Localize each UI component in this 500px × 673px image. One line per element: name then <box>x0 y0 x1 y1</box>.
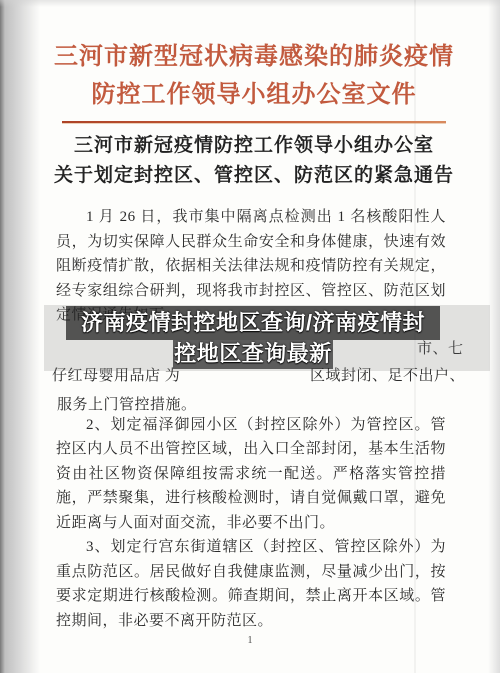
photo-edge-top <box>0 0 500 7</box>
item1-fragment-lineC: 服务上门管控措施。 <box>57 393 197 418</box>
paragraph-item2: 2、划定福泽御园小区（封控区除外）为管控区。管控区内人员不出管控区域，出入口全部… <box>56 413 446 536</box>
photo-edge-left <box>0 0 40 673</box>
document-title: 三河市新冠疫情防控工作领导小组办公室 关于划定封控区、管控区、防范区的紧急通告 <box>34 131 474 191</box>
document-photo: 三河市新型冠状病毒感染的肺炎疫情 防控工作领导小组办公室文件 三河市新冠疫情防控… <box>0 0 500 673</box>
document-title-line1: 三河市新冠疫情防控工作领导小组办公室 <box>34 131 474 161</box>
caption-overlay-line1: 济南疫情封控地区查询/济南疫情封 <box>66 306 440 340</box>
document-title-line2: 关于划定封控区、管控区、防范区的紧急通告 <box>34 161 474 191</box>
page-number: 1 <box>240 635 260 646</box>
letterhead-divider-rule <box>62 121 446 123</box>
letterhead-title: 三河市新型冠状病毒感染的肺炎疫情 防控工作领导小组办公室文件 <box>38 38 470 114</box>
letterhead-line2: 防控工作领导小组办公室文件 <box>38 76 470 114</box>
document-body: 1 月 26 日，我市集中隔离点检测出 1 名核酸阳性人员，为切实保障人民群众生… <box>56 205 446 633</box>
paragraph-item3: 3、划定行宫东街道辖区（封控区、管控区除外）为重点防范区。居民做好自我健康监测，… <box>56 535 446 633</box>
letterhead-line1: 三河市新型冠状病毒感染的肺炎疫情 <box>38 38 470 76</box>
caption-overlay-line2: 控地区查询最新 <box>173 340 333 369</box>
